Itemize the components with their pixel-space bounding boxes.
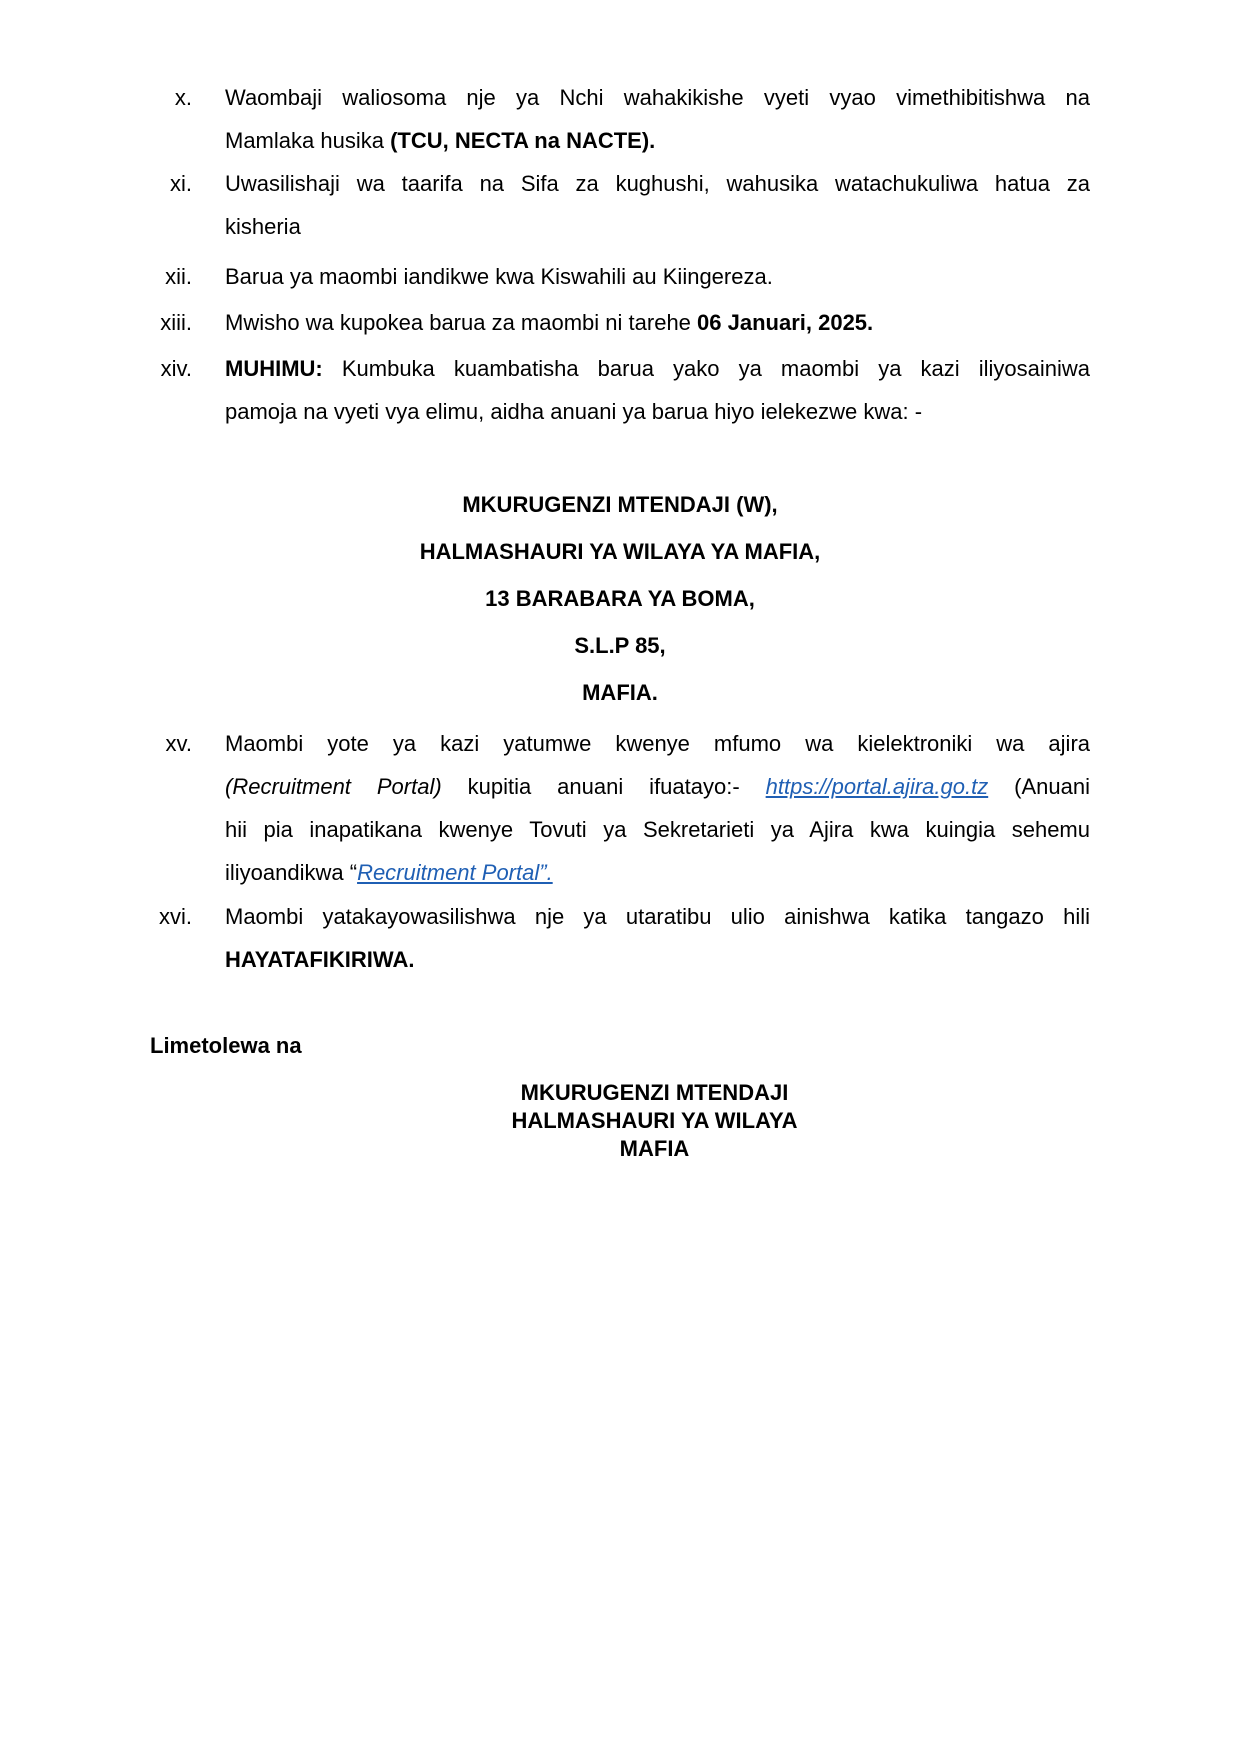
body-text: (Anuani: [988, 774, 1090, 799]
signature-line: MAFIA: [34, 1135, 1241, 1163]
item-number: xiii.: [150, 301, 192, 344]
address-line: MAFIA.: [0, 669, 1241, 716]
bold-text: MUHIMU:: [225, 356, 323, 381]
item-number: xii.: [150, 255, 192, 298]
body-text: Mamlaka husika: [225, 128, 390, 153]
text-line: Maombi yote ya kazi yatumwe kwenye mfumo…: [225, 722, 1090, 765]
text-line: hii pia inapatikana kwenye Tovuti ya Sek…: [225, 808, 1090, 851]
address-line: S.L.P 85,: [0, 622, 1241, 669]
item-text: Waombaji waliosoma nje ya Nchi wahakikis…: [225, 76, 1090, 162]
item-number: xvi.: [150, 895, 192, 938]
bold-text: HAYATAFIKIRIWA.: [225, 947, 414, 972]
text-line: pamoja na vyeti vya elimu, aidha anuani …: [225, 390, 1090, 433]
document-page: x. Waombaji waliosoma nje ya Nchi wahaki…: [0, 0, 1241, 1755]
body-text: Maombi yote ya kazi yatumwe kwenye mfumo…: [225, 731, 1090, 756]
bold-text: 06 Januari, 2025.: [697, 310, 873, 335]
item-text: Barua ya maombi iandikwe kwa Kiswahili a…: [225, 255, 1090, 298]
body-text: Kumbuka kuambatisha barua yako ya maombi…: [323, 356, 1090, 381]
body-text: pamoja na vyeti vya elimu, aidha anuani …: [225, 399, 922, 424]
address-block: MKURUGENZI MTENDAJI (W), HALMASHAURI YA …: [0, 481, 1241, 716]
item-text: Maombi yote ya kazi yatumwe kwenye mfumo…: [225, 722, 1090, 894]
signature-line: HALMASHAURI YA WILAYA: [34, 1107, 1241, 1135]
address-line: MKURUGENZI MTENDAJI (W),: [0, 481, 1241, 528]
portal-link[interactable]: Recruitment Portal”.: [357, 860, 553, 885]
item-number: x.: [150, 76, 192, 119]
text-line: (Recruitment Portal) kupitia anuani ifua…: [225, 765, 1090, 808]
body-text: Uwasilishaji wa taarifa na Sifa za kughu…: [225, 171, 1090, 196]
body-text: hii pia inapatikana kwenye Tovuti ya Sek…: [225, 817, 1090, 842]
issued-by-label: Limetolewa na: [150, 1033, 302, 1059]
text-line: Waombaji waliosoma nje ya Nchi wahakikis…: [225, 76, 1090, 119]
text-line: Barua ya maombi iandikwe kwa Kiswahili a…: [225, 255, 1090, 298]
item-text: Uwasilishaji wa taarifa na Sifa za kughu…: [225, 162, 1090, 248]
item-text: Mwisho wa kupokea barua za maombi ni tar…: [225, 301, 1090, 344]
body-text: kupitia anuani ifuatayo:-: [442, 774, 766, 799]
address-line: HALMASHAURI YA WILAYA YA MAFIA,: [0, 528, 1241, 575]
item-number: xv.: [150, 722, 192, 765]
body-text: Barua ya maombi iandikwe kwa Kiswahili a…: [225, 264, 773, 289]
body-text: kisheria: [225, 214, 301, 239]
text-line: Mwisho wa kupokea barua za maombi ni tar…: [225, 301, 1090, 344]
body-text: iliyoandikwa “: [225, 860, 357, 885]
text-line: HAYATAFIKIRIWA.: [225, 938, 1090, 981]
address-line: 13 BARABARA YA BOMA,: [0, 575, 1241, 622]
portal-link[interactable]: https://portal.ajira.go.tz: [766, 774, 989, 799]
text-line: kisheria: [225, 205, 1090, 248]
item-text: Maombi yatakayowasilishwa nje ya utarati…: [225, 895, 1090, 981]
text-line: Maombi yatakayowasilishwa nje ya utarati…: [225, 895, 1090, 938]
text-line: iliyoandikwa “Recruitment Portal”.: [225, 851, 1090, 894]
text-line: Uwasilishaji wa taarifa na Sifa za kughu…: [225, 162, 1090, 205]
text-line: MUHIMU: Kumbuka kuambatisha barua yako y…: [225, 347, 1090, 390]
item-text: MUHIMU: Kumbuka kuambatisha barua yako y…: [225, 347, 1090, 433]
signature-block: MKURUGENZI MTENDAJI HALMASHAURI YA WILAY…: [0, 1079, 1241, 1163]
bold-text: (TCU, NECTA na NACTE).: [390, 128, 655, 153]
item-number: xi.: [150, 162, 192, 205]
text-line: Mamlaka husika (TCU, NECTA na NACTE).: [225, 119, 1090, 162]
body-text: Mwisho wa kupokea barua za maombi ni tar…: [225, 310, 697, 335]
body-text: Waombaji waliosoma nje ya Nchi wahakikis…: [225, 85, 1090, 110]
item-number: xiv.: [150, 347, 192, 390]
italic-text: (Recruitment Portal): [225, 774, 442, 799]
body-text: Maombi yatakayowasilishwa nje ya utarati…: [225, 904, 1090, 929]
signature-line: MKURUGENZI MTENDAJI: [34, 1079, 1241, 1107]
